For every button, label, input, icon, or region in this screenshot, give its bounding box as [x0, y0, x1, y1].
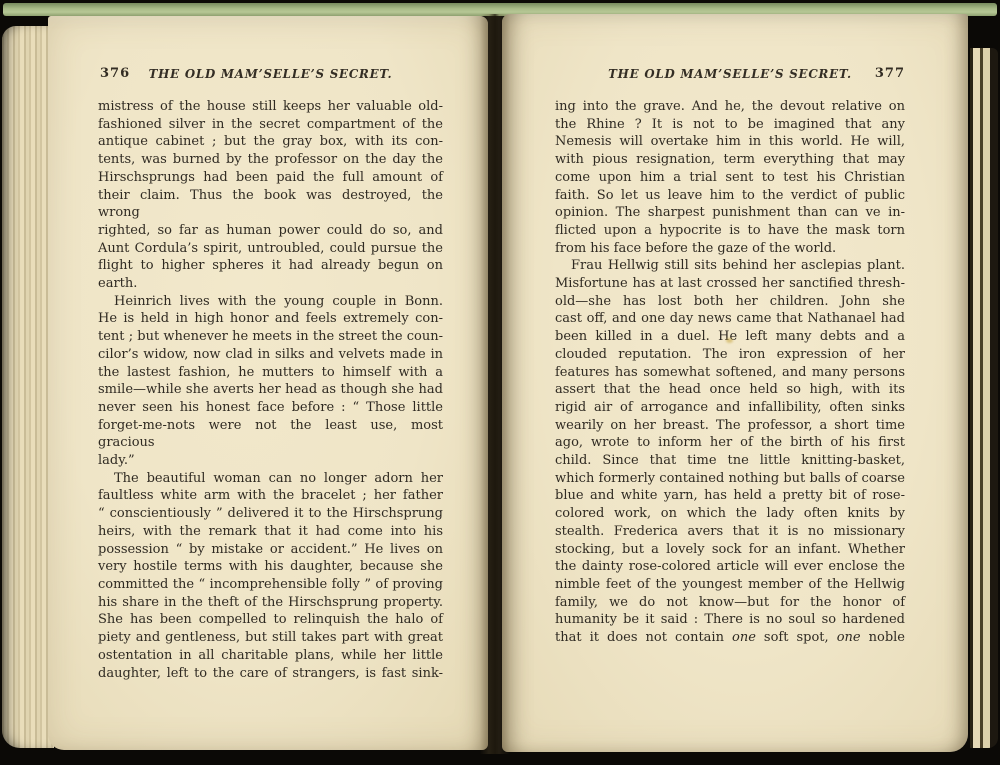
text-line: colored work, on which the lady often kn…	[555, 505, 905, 523]
text-line: old—she has lost both her children. John…	[555, 293, 905, 311]
text-line: mistress of the house still keeps her va…	[98, 98, 443, 116]
text-line: cast off, and one day news came that Nat…	[555, 310, 905, 328]
text-line: Hirschsprungs had been paid the full amo…	[98, 169, 443, 187]
text-line: been killed in a duel. He left many debt…	[555, 328, 905, 346]
text-line: with pious resignation, term everything …	[555, 151, 905, 169]
text-line: which formerly contained nothing but bal…	[555, 470, 905, 488]
text-line: daughter, left to the care of strangers,…	[98, 665, 443, 683]
text-line: features has somewhat softened, and many…	[555, 364, 905, 382]
text-line: flicted upon a hypocrite is to have the …	[555, 222, 905, 240]
text-line: forget-me-nots were not the least use, m…	[98, 417, 443, 452]
paragraph: ing into the grave. And he, the devout r…	[555, 98, 905, 257]
left-page-header: 376 THE OLD MAM’SELLE’S SECRET.	[98, 66, 443, 83]
text-line: stocking, but a lovely sock for an infan…	[555, 541, 905, 559]
right-page-header: THE OLD MAM’SELLE’S SECRET. 377	[555, 66, 905, 83]
left-page-text: mistress of the house still keeps her va…	[98, 98, 443, 682]
text-line: family, we do not know—but for the honor…	[555, 594, 905, 612]
paragraph: Heinrich lives with the young couple in …	[98, 293, 443, 470]
text-line: their claim. Thus the book was destroyed…	[98, 187, 443, 222]
text-line: righted, so far as human power could do …	[98, 222, 443, 240]
text-line: ostentation in all charitable plans, whi…	[98, 647, 443, 665]
text-line: committed the “ incomprehensible folly ”…	[98, 576, 443, 594]
text-line: She has been compelled to relinquish the…	[98, 611, 443, 629]
text-line: fashioned silver in the secret compartme…	[98, 116, 443, 134]
text-line: The beautiful woman can no longer adorn …	[98, 470, 443, 488]
text-line: Misfortune has at last crossed her sanct…	[555, 275, 905, 293]
text-line: humanity be it said : There is no soul s…	[555, 611, 905, 629]
text-line: clouded reputation. The iron expression …	[555, 346, 905, 364]
text-line: earth.	[98, 275, 443, 293]
open-book-scan: 376 THE OLD MAM’SELLE’S SECRET. mistress…	[0, 0, 1000, 765]
text-line: stealth. Frederica avers that it is no m…	[555, 523, 905, 541]
text-line: flight to higher spheres it had already …	[98, 257, 443, 275]
text-line: tent ; but whenever he meets in the stre…	[98, 328, 443, 346]
text-line: come upon him a trial sent to test his C…	[555, 169, 905, 187]
right-page-text: ing into the grave. And he, the devout r…	[555, 98, 905, 647]
text-line: Nemesis will overtake him in this world.…	[555, 133, 905, 151]
left-page-stack-edges	[2, 26, 54, 748]
left-page-number: 376	[100, 66, 130, 81]
left-page: 376 THE OLD MAM’SELLE’S SECRET. mistress…	[48, 16, 488, 750]
text-line: Frau Hellwig still sits behind her ascle…	[555, 257, 905, 275]
text-line: Aunt Cordula’s spirit, untroubled, could…	[98, 240, 443, 258]
text-line: ago, wrote to inform her of the birth of…	[555, 434, 905, 452]
text-line: wearily on her breast. The professor, a …	[555, 417, 905, 435]
left-running-title: THE OLD MAM’SELLE’S SECRET.	[149, 67, 393, 81]
text-line: Heinrich lives with the young couple in …	[98, 293, 443, 311]
text-line: “ conscientiously ” delivered it to the …	[98, 505, 443, 523]
text-line: very hostile terms with his daughter, be…	[98, 558, 443, 576]
right-page-number: 377	[875, 66, 905, 81]
text-line: He is held in high honor and feels extre…	[98, 310, 443, 328]
text-line: ing into the grave. And he, the devout r…	[555, 98, 905, 116]
paragraph: mistress of the house still keeps her va…	[98, 98, 443, 293]
text-line: assert that the head once held so high, …	[555, 381, 905, 399]
text-line: his share in the theft of the Hirschspru…	[98, 594, 443, 612]
text-line: rigid air of arrogance and infallibility…	[555, 399, 905, 417]
text-line: blue and white yarn, has held a pretty b…	[555, 487, 905, 505]
text-line: smile—while she averts her head as thoug…	[98, 381, 443, 399]
paragraph: Frau Hellwig still sits behind her ascle…	[555, 257, 905, 646]
right-page-stack-edges	[970, 48, 998, 748]
paragraph: The beautiful woman can no longer adorn …	[98, 470, 443, 682]
text-line: the Rhine ? It is not to be imagined tha…	[555, 116, 905, 134]
text-line: lady.”	[98, 452, 443, 470]
text-line: possession “ by mistake or accident.” He…	[98, 541, 443, 559]
text-line: from his face before the gaze of the wor…	[555, 240, 905, 258]
text-line: cilor’s widow, now clad in silks and vel…	[98, 346, 443, 364]
text-line: piety and gentleness, but still takes pa…	[98, 629, 443, 647]
text-line: tents, was burned by the professor on th…	[98, 151, 443, 169]
text-line: the dainty rose-colored article will eve…	[555, 558, 905, 576]
text-line: that it does not contain one soft spot, …	[555, 629, 905, 647]
text-line: opinion. The sharpest punishment than ca…	[555, 204, 905, 222]
text-line: the lastest fashion, he mutters to himse…	[98, 364, 443, 382]
right-page: THE OLD MAM’SELLE’S SECRET. 377 ing into…	[502, 14, 968, 752]
right-running-title: THE OLD MAM’SELLE’S SECRET.	[608, 67, 852, 81]
text-line: nimble feet of the youngest member of th…	[555, 576, 905, 594]
text-line: never seen his honest face before : “ Th…	[98, 399, 443, 417]
text-line: faultless white arm with the bracelet ; …	[98, 487, 443, 505]
text-line: antique cabinet ; but the gray box, with…	[98, 133, 443, 151]
text-line: child. Since that time tne little knitti…	[555, 452, 905, 470]
text-line: faith. So let us leave him to the verdic…	[555, 187, 905, 205]
text-line: heirs, with the remark that it had come …	[98, 523, 443, 541]
